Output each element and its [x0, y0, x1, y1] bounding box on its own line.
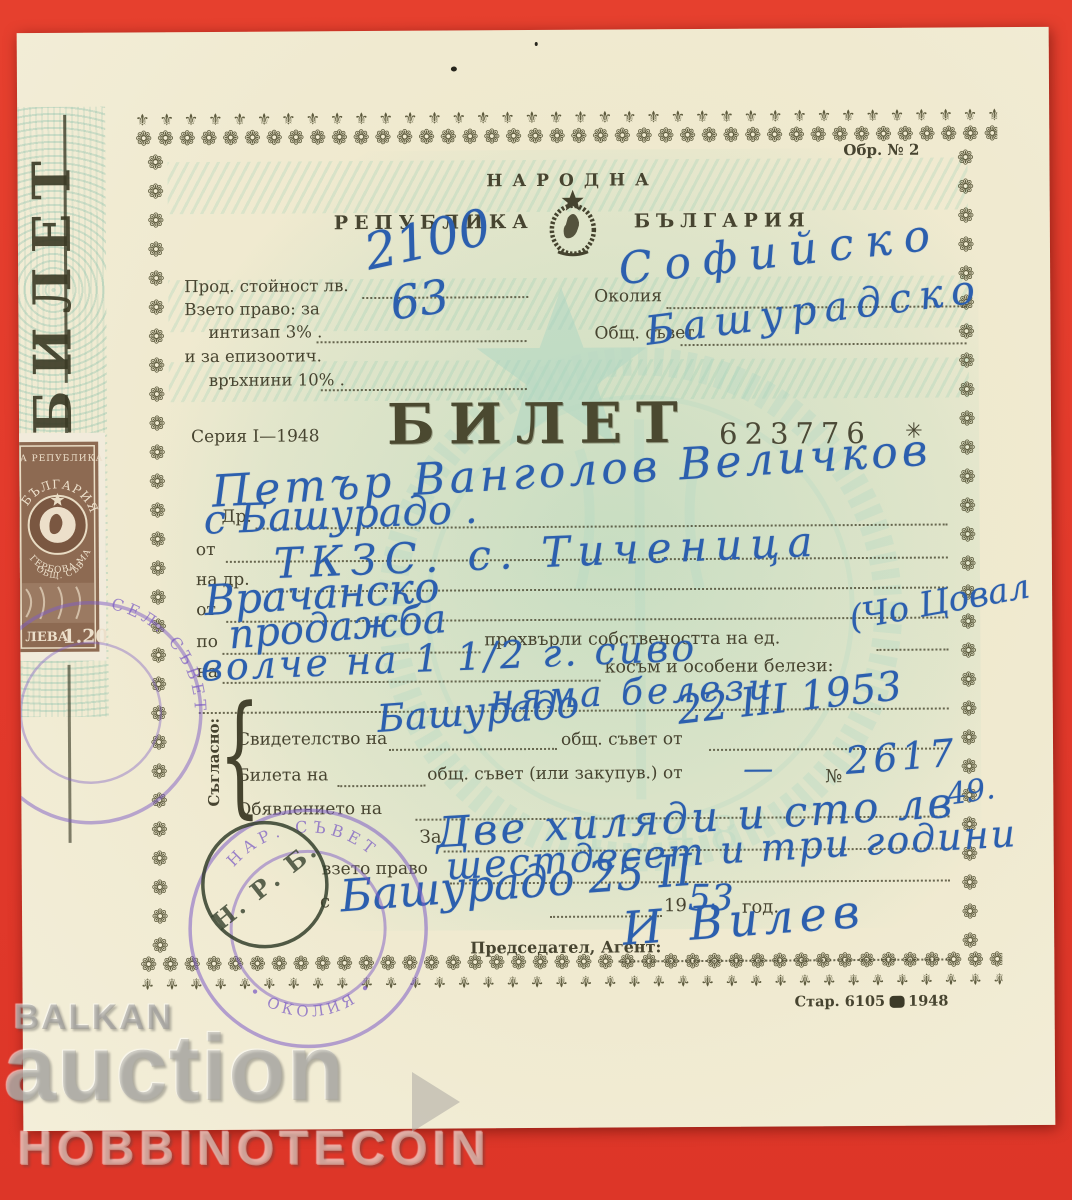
ot-label-1: от	[196, 541, 216, 560]
certificate-label: Свидетелство на	[237, 730, 387, 750]
printer-year: 1948	[908, 992, 948, 1009]
coat-of-arms-icon	[538, 188, 608, 258]
revenue-stamp-top-text: НА РЕПУБЛИКА	[17, 454, 104, 465]
ticket-document: 1948 БИЛЕТ ⚜⚜⚜⚜⚜⚜⚜⚜⚜⚜⚜⚜⚜⚜⚜⚜⚜⚜⚜⚜⚜⚜⚜⚜⚜⚜⚜⚜⚜…	[17, 27, 1056, 1131]
handwritten-dash: —	[743, 755, 773, 785]
handwritten-register-number: 2617	[844, 734, 959, 780]
dotted-line	[876, 648, 948, 650]
printer-emblem	[889, 996, 904, 1008]
dotted-line	[618, 958, 950, 962]
printer-imprint: Стар. 61051948	[795, 993, 949, 1010]
intizap-label: интизап 3% .	[208, 323, 322, 342]
form-number: Обр. № 2	[843, 142, 919, 159]
nrb-round-stamp: Н. Р. Б.	[179, 799, 350, 970]
watermark-arrow-icon	[412, 1072, 460, 1132]
vzeto-pravo-label: Взето право: за	[184, 300, 320, 319]
paper-speck	[535, 42, 538, 46]
epizootic-label2: връхнини 10% .	[209, 371, 345, 390]
svg-text:• ОКОЛИЯ •: • ОКОЛИЯ •	[246, 976, 378, 1021]
nrb-stamp-text: Н. Р. Б.	[206, 834, 324, 936]
handwritten-fee: 63	[387, 273, 452, 327]
scanned-document-photo: 1948 БИЛЕТ ⚜⚜⚜⚜⚜⚜⚜⚜⚜⚜⚜⚜⚜⚜⚜⚜⚜⚜⚜⚜⚜⚜⚜⚜⚜⚜⚜⚜⚜…	[0, 0, 1072, 1200]
series-label: Серия I—1948	[191, 427, 320, 446]
ticket-of-label2: общ. съвет (или закупув.) от	[427, 764, 682, 784]
stub-vertical-title: БИЛЕТ	[21, 125, 84, 435]
paper-speck	[451, 66, 457, 71]
certificate-label2: общ. съвет от	[561, 730, 683, 749]
border-fleur-top: ⚜⚜⚜⚜⚜⚜⚜⚜⚜⚜⚜⚜⚜⚜⚜⚜⚜⚜⚜⚜⚜⚜⚜⚜⚜⚜⚜⚜⚜⚜⚜⚜⚜⚜⚜⚜⚜⚜⚜⚜	[135, 105, 997, 129]
purple-stamp-bottom-text: • ОКОЛИЯ •	[246, 976, 378, 1021]
prod-value-label: Прод. стойност лв.	[184, 277, 349, 296]
printer-code: Стар. 6105	[795, 993, 886, 1011]
epizootic-label1: и за епизоотич.	[185, 347, 322, 366]
